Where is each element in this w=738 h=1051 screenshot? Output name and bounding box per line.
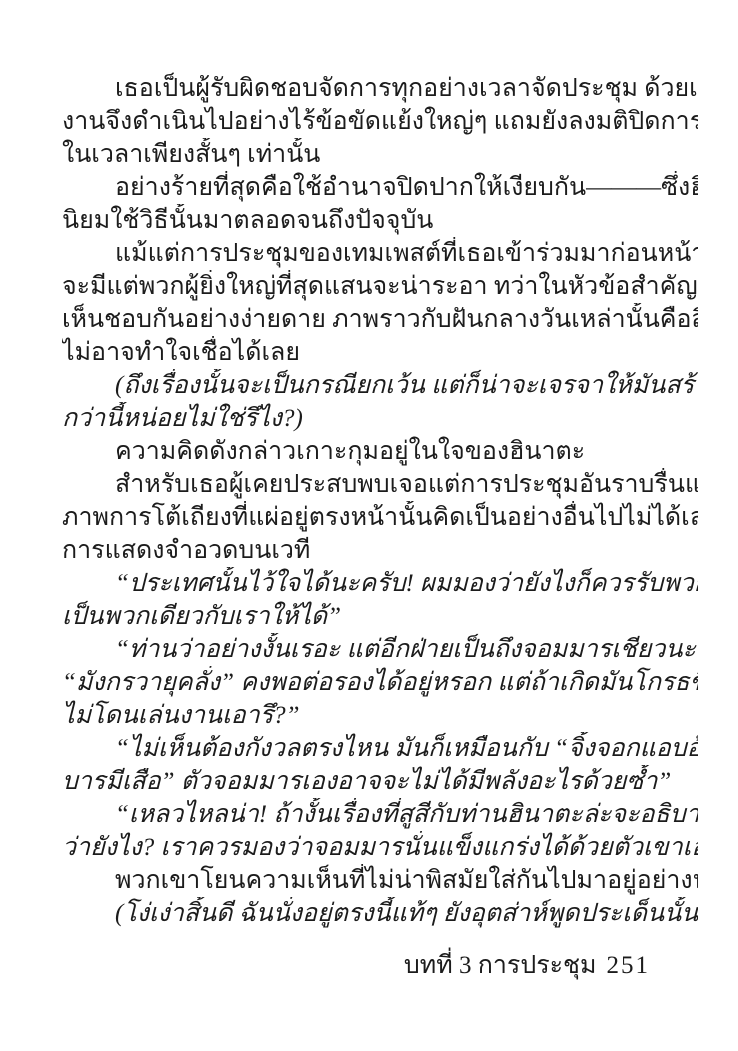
body-line: ไม่อาจทำใจเชื่อได้เลย (62, 336, 698, 369)
body-line: ในเวลาเพียงสั้นๆ เท่านั้น (62, 138, 698, 171)
book-page: เธอเป็นผู้รับผิดชอบจัดการทุกอย่างเวลาจัด… (0, 0, 738, 1051)
body-line: งานจึงดำเนินไปอย่างไร้ข้อขัดแย้งใหญ่ๆ แถ… (62, 105, 698, 138)
body-line: สำหรับเธอผู้เคยประสบพบเจอแต่การประชุมอัน… (62, 468, 698, 501)
body-line: พวกเขาโยนความเห็นที่ไม่น่าพิสมัยใส่กันไป… (62, 864, 698, 897)
page-number: 251 (607, 952, 651, 979)
body-line: ว่ายังไง? เราควรมองว่าจอมมารนั่นแข็งแกร่… (62, 831, 698, 864)
body-line: บารมีเสือ” ตัวจอมมารเองอาจจะไม่ได้มีพลัง… (62, 765, 698, 798)
body-line: อย่างร้ายที่สุดคือใช้อำนาจปิดปากให้เงียบ… (62, 171, 698, 204)
body-line: “เหลวไหลน่า! ถ้างั้นเรื่องที่สูสีกับท่าน… (62, 798, 698, 831)
body-line: (โง่เง่าสิ้นดี ฉันนั่งอยู่ตรงนี้แท้ๆ ยัง… (62, 897, 698, 930)
body-line: “ไม่เห็นต้องกังวลตรงไหน มันก็เหมือนกับ “… (62, 732, 698, 765)
page-footer: บทที่ 3 การประชุม251 (62, 951, 650, 981)
body-line: ภาพการโต้เถียงที่แผ่อยู่ตรงหน้านั้นคิดเป… (62, 501, 698, 534)
body-line: เป็นพวกเดียวกับเราให้ได้” (62, 600, 698, 633)
body-line: นิยมใช้วิธีนั้นมาตลอดจนถึงปัจจุบัน (62, 204, 698, 237)
page-body-text: เธอเป็นผู้รับผิดชอบจัดการทุกอย่างเวลาจัด… (62, 72, 698, 930)
body-line: ความคิดดังกล่าวเกาะกุมอยู่ในใจของฮินาตะ (62, 435, 698, 468)
body-line: กว่านี้หน่อยไม่ใช่รึไง?) (62, 402, 698, 435)
body-line: “มังกรวายุคลั่ง” คงพอต่อรองได้อยู่หรอก แ… (62, 666, 698, 699)
body-line: (ถึงเรื่องนั้นจะเป็นกรณียกเว้น แต่ก็น่าจ… (62, 369, 698, 402)
body-line: “ประเทศนั้นไว้ใจได้นะครับ! ผมมองว่ายังไง… (62, 567, 698, 600)
body-line: การแสดงจำอวดบนเวที (62, 534, 698, 567)
body-line: เธอเป็นผู้รับผิดชอบจัดการทุกอย่างเวลาจัด… (62, 72, 698, 105)
body-line: จะมีแต่พวกผู้ยิ่งใหญ่ที่สุดแสนจะน่าระอา … (62, 270, 698, 303)
body-line: ไม่โดนเล่นงานเอารึ?” (62, 699, 698, 732)
body-line: เห็นชอบกันอย่างง่ายดาย ภาพราวกับฝันกลางว… (62, 303, 698, 336)
body-line: แม้แต่การประชุมของเทมเพสต์ที่เธอเข้าร่วม… (62, 237, 698, 270)
body-line: “ท่านว่าอย่างงั้นเรอะ แต่อีกฝ่ายเป็นถึงจ… (62, 633, 698, 666)
chapter-title: บทที่ 3 การประชุม (404, 952, 597, 979)
